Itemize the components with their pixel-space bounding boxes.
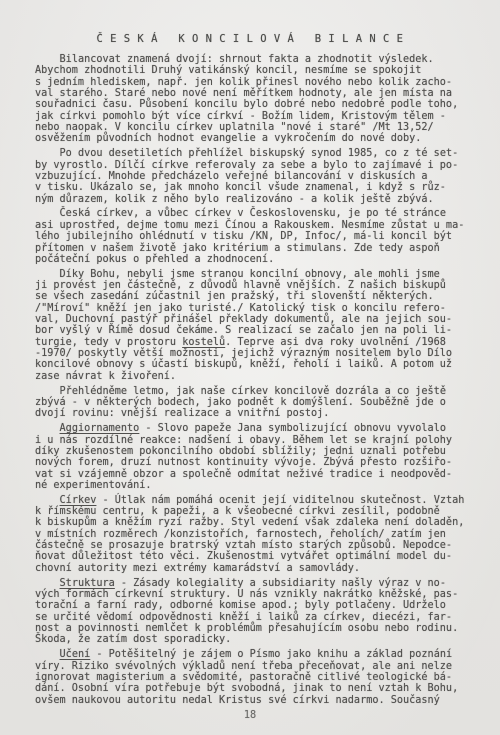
text-line: lého jubilejního ohlédnutí v tisku /KN, …	[35, 231, 472, 242]
text-line: víry. Riziko svévolných výkladů není tře…	[35, 661, 472, 672]
text-line: se určité vědomí odpovědnosti kněží i la…	[35, 612, 472, 623]
text-line: přítomen v našem životě jako kritérium a…	[35, 243, 472, 254]
text-line: dání. Osobní víra potřebuje být svobodná…	[35, 683, 472, 694]
text-line: nost a povinnosti nemlčet k problémům př…	[35, 623, 472, 634]
text-line: val, Duchovní pastýř přinášel překlady d…	[35, 314, 472, 325]
text-line: ným důrazem, kolik z něho bylo realizová…	[35, 194, 472, 205]
text-line: ji provést jen částečně, z důvodů hlavně…	[35, 280, 472, 291]
paragraph: Aggiornamento - Slovo papeže Jana symbol…	[35, 423, 472, 491]
text-line: se všech zasedání zúčastnil jen pražský,…	[35, 291, 472, 302]
text-line: Bilancovat znamená dvojí: shrnout fakta …	[35, 54, 472, 65]
paragraph: Přehlédněme letmo, jak naše církev konci…	[35, 386, 472, 420]
underlined-text: Církev	[60, 495, 97, 506]
text-line: -1970/ poskytly větší možnosti, jejichž …	[35, 348, 472, 359]
text-line: díky zkušenostem pokoncilního období sbl…	[35, 446, 472, 457]
text-line: souřadnici času. Působení koncilu bylo d…	[35, 99, 472, 110]
text-line: /"Míroví" kněží jen jako turisté./ Katol…	[35, 303, 472, 314]
text-line: počáteční pokus o přehled a zhodnocení.	[35, 254, 472, 265]
document-page: Č E S K Á K O N C I L O V Á B I L A N C …	[0, 0, 500, 735]
text-line: Abychom zhodnotili Druhý vatikánský konc…	[35, 65, 472, 76]
page-number: 18	[0, 710, 500, 721]
text-line: nebo naopak. V koncilu církev uplatnila …	[35, 122, 472, 133]
text-line: jak církvi pomohlo být více církví - Bož…	[35, 111, 472, 122]
text-line: v místních rozměrech /konzistořích, farn…	[35, 529, 472, 540]
underlined-text: Aggiornamento	[60, 423, 140, 434]
text-line: val starého. Staré nebo nové není měřítk…	[35, 88, 472, 99]
text-line: Škoda, že zatím dost sporadicky.	[35, 634, 472, 645]
text-line: né experimentování.	[35, 480, 472, 491]
text-line: Po dvou desetiletích přehlížel biskupský…	[35, 148, 472, 159]
text-line: Struktura - Zásady kolegiality a subsidi…	[35, 578, 472, 589]
paragraph: Církev - Útlak nám pomáhá ocenit její vi…	[35, 495, 472, 574]
text-line: částečně se prosazuje bratrský vztah mís…	[35, 540, 472, 551]
text-line: vat si vzájemně obzor a společně odmítat…	[35, 469, 472, 480]
text-line: zbývá - v některých bodech, jako podnět …	[35, 397, 472, 408]
text-line: s jedním hlediskem, např. jen kolik přin…	[35, 77, 472, 88]
text-line: Česká církev, a vůbec církev v Českoslov…	[35, 208, 472, 219]
text-line: Díky Bohu, nebyli jsme stranou koncilní …	[35, 269, 472, 280]
text-line: zase návrat k živoření.	[35, 371, 472, 382]
text-line: ovšem naukovou autoritu nedal Kristus sv…	[35, 695, 472, 706]
paragraph: Struktura - Zásady kolegiality a subsidi…	[35, 578, 472, 646]
text-line: bor vyšlý v Římě dosud čekáme. S realiza…	[35, 325, 472, 336]
text-line: Aggiornamento - Slovo papeže Jana symbol…	[35, 423, 472, 434]
text-line: nových forem, druzí nutnost kontinuity v…	[35, 457, 472, 468]
paragraph: Učení - Potěšitelný je zájem o Písmo jak…	[35, 649, 472, 706]
paragraph: Po dvou desetiletích přehlížel biskupský…	[35, 148, 472, 205]
text-line: Přehlédněme letmo, jak naše církev konci…	[35, 386, 472, 397]
text-line: asi uprostřed, dejme tomu mezi Čínou a R…	[35, 220, 472, 231]
text-line: vých formách církevní struktury. U nás v…	[35, 589, 472, 600]
text-line: Učení - Potěšitelný je zájem o Písmo jak…	[35, 649, 472, 660]
underlined-text: Učení	[60, 649, 91, 660]
underlined-text: kostelů	[182, 337, 225, 348]
text-line: i u nás rozdílné reakce: nadšení i obavy…	[35, 435, 472, 446]
text-line: turgie, tedy v prostoru kostelů. Teprve …	[35, 337, 472, 348]
text-line: Církev - Útlak nám pomáhá ocenit její vi…	[35, 495, 472, 506]
text-line: vzbuzující. Mnohde předcházelo veřejné b…	[35, 171, 472, 182]
page-title: Č E S K Á K O N C I L O V Á B I L A N C …	[0, 33, 500, 45]
text-line: dvojí rovinu: vnější realizace a vnitřní…	[35, 408, 472, 419]
paragraph: Bilancovat znamená dvojí: shrnout fakta …	[35, 54, 472, 145]
text-line: k biskupům a kněžím ryzí ražby. Styl ved…	[35, 517, 472, 528]
text-line: osvěžením původních hodnot evangelie a v…	[35, 133, 472, 144]
text-line: k římskému centru, k papeži, a k všeobec…	[35, 506, 472, 517]
underlined-text: Struktura	[60, 578, 115, 589]
text-line: ignorovat magisterium a svědomité, pasto…	[35, 672, 472, 683]
paragraph: Česká církev, a vůbec církev v Českoslov…	[35, 208, 472, 265]
text-line: by vyrostlo. Dílčí církve referovaly za …	[35, 160, 472, 171]
text-line: chovní autority mezi extrémy kamarádství…	[35, 563, 472, 574]
document-body: Bilancovat znamená dvojí: shrnout fakta …	[35, 54, 472, 709]
text-line: koncilové obnovy s účastí biskupů, kněží…	[35, 359, 472, 370]
text-line: ňovat důležitost této věci. Zkušenostmi …	[35, 551, 472, 562]
paragraph: Díky Bohu, nebyli jsme stranou koncilní …	[35, 269, 472, 382]
text-line: v tisku. Ukázalo se, jak mnoho koncil vš…	[35, 182, 472, 193]
text-line: torační a farní rady, odborné komise apo…	[35, 600, 472, 611]
